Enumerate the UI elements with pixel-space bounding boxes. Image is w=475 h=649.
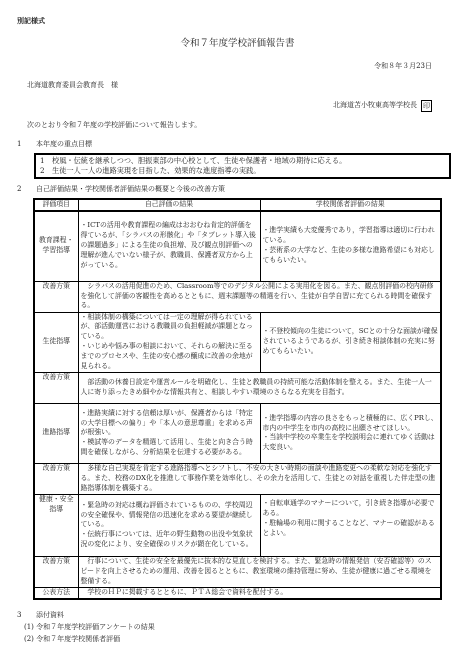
publication-row: 公表方法 学校のＨＰに掲載するとともに、ＰＴＡ総会で資料を配付する。 — [34, 587, 441, 598]
report-date: 令和８年３月23日 — [374, 62, 432, 71]
publication-label: 公表方法 — [34, 587, 78, 598]
evaluation-item: 進路指導 — [34, 403, 78, 463]
improvement-label: 改善方策 — [34, 556, 78, 587]
improvement-row: 改善方策 多様な自己実現を肯定する進路指導へとシフトし、不安の大きい時期の面談や… — [34, 463, 441, 494]
goal-item: 2生徒一人一人の進路実現を目指した、効果的な進度指導の実践。 — [40, 166, 445, 176]
goals-box: 1校風・伝統を継承しつつ、胆振東部の中心校として、生徒や保護者・地域の期待に応え… — [34, 153, 451, 179]
table-row: 健康・安全指導 ・緊急時の対応は概ね評価されているものの、学校周辺の安全確保や、… — [34, 494, 441, 556]
attachment-item: (2) 令和７年度学校関係者評価 — [24, 635, 120, 644]
seal-stamp-icon: 印 — [421, 100, 432, 112]
self-evaluation: ・進路実績に対する信頼は厚いが、保護者からは「特定の大学目標への偏り」や「本人の… — [78, 403, 260, 463]
improvement-plan: 行事について、生徒の安全を最優先に抜本的な見直しを検討する。また、緊急時の情報発… — [78, 556, 441, 587]
table-row: 教育課程・学習指導 ・ICTの活用や教育課程の編成はおおむね肯定的評価を得ている… — [34, 211, 441, 281]
evaluation-item: 健康・安全指導 — [34, 494, 78, 556]
table-row: 生徒指導 ・相談体制の構築については一定の理解が得られているが、部活動運営におけ… — [34, 312, 441, 372]
attachment-item: (1) 令和７年度学校評価アンケートの結果 — [24, 623, 155, 632]
table-row: 進路指導 ・進路実績に対する信頼は厚いが、保護者からは「特定の大学目標への偏り」… — [34, 403, 441, 463]
goal-item: 1校風・伝統を継承しつつ、胆振東部の中心校として、生徒や保護者・地域の期待に応え… — [40, 156, 445, 166]
form-label: 別記様式 — [17, 17, 45, 26]
improvement-plan: 多様な自己実現を肯定する進路指導へとシフトし、不安の大きい時期の面談や進路変更へ… — [78, 463, 441, 494]
section3-number: 3 — [17, 611, 36, 620]
improvement-plan: 部活動の休養日設定や運営ルールを明確化し、生徒と教職員の持続可能な活動体制を整え… — [78, 372, 441, 403]
stakeholder-evaluation: ・進学実績も大変優秀であり，学習指導は適切に行われている。 ・芸術系の大学など、… — [260, 211, 441, 281]
table-header-row: 評価項目 自己評価の結果 学校関係者評価の結果 — [34, 199, 441, 211]
improvement-plan: シラバスの活用促進のため、Classroom等でのデジタル公開による実用化を図る… — [78, 281, 441, 312]
stakeholder-evaluation: ・進学指導の内容の良さをもっと積極的に、広くPRし、市内の中学生を市内の高校に出… — [260, 403, 441, 463]
intro-text: 次のとおり令和７年度の学校評価について報告します。 — [27, 121, 201, 130]
stakeholder-evaluation: ・不登校傾向の生徒について，SCとの十分な面談が確保されているようであるが、引き… — [260, 312, 441, 372]
section2-title: 自己評価結果・学校関係者評価結果の概要と今後の改善方策 — [36, 185, 225, 193]
section1-title: 本年度の重点目標 — [36, 140, 92, 148]
improvement-row: 改善方策 行事について、生徒の安全を最優先に抜本的な見直しを検討する。また、緊急… — [34, 556, 441, 587]
section3-heading: 3添付資料 — [17, 611, 64, 620]
sender-name: 北海道苫小牧東高等学校長 — [333, 101, 417, 110]
improvement-label: 改善方策 — [34, 463, 78, 494]
evaluation-item: 教育課程・学習指導 — [34, 211, 78, 281]
stakeholder-evaluation: ・自転車通学のマナーについて，引き続き指導が必要である。 ・駐輪場の利用に関する… — [260, 494, 441, 556]
self-evaluation: ・相談体制の構築については一定の理解が得られているが、部活動運営における教職員の… — [78, 312, 260, 372]
evaluation-table: 評価項目 自己評価の結果 学校関係者評価の結果 教育課程・学習指導 ・ICTの活… — [33, 198, 442, 600]
publication-method: 学校のＨＰに掲載するとともに、ＰＴＡ総会で資料を配付する。 — [78, 587, 441, 598]
sender: 北海道苫小牧東高等学校長 印 — [333, 100, 432, 112]
self-evaluation: ・緊急時の対応は概ね評価されているものの、学校周辺の安全確保や、情報発信の迅速化… — [78, 494, 260, 556]
column-header: 評価項目 — [34, 199, 78, 211]
column-header: 自己評価の結果 — [78, 199, 260, 211]
self-evaluation: ・ICTの活用や教育課程の編成はおおむね肯定的評価を得ているが、「シラバスの形骸… — [78, 211, 260, 281]
improvement-label: 改善方策 — [34, 281, 78, 312]
addressee: 北海道教育委員会教育長 様 — [27, 81, 118, 90]
section2-number: 2 — [17, 185, 36, 194]
page-title: 令和７年度学校評価報告書 — [0, 38, 475, 50]
section2-heading: 2自己評価結果・学校関係者評価結果の概要と今後の改善方策 — [17, 185, 225, 194]
column-header: 学校関係者評価の結果 — [260, 199, 441, 211]
evaluation-item: 生徒指導 — [34, 312, 78, 372]
improvement-row: 改善方策 シラバスの活用促進のため、Classroom等でのデジタル公開による実… — [34, 281, 441, 312]
section1-heading: 1本年度の重点目標 — [17, 140, 92, 149]
improvement-row: 改善方策 部活動の休養日設定や運営ルールを明確化し、生徒と教職員の持続可能な活動… — [34, 372, 441, 403]
section1-number: 1 — [17, 140, 36, 149]
improvement-label: 改善方策 — [34, 372, 78, 403]
section3-title: 添付資料 — [36, 611, 64, 619]
